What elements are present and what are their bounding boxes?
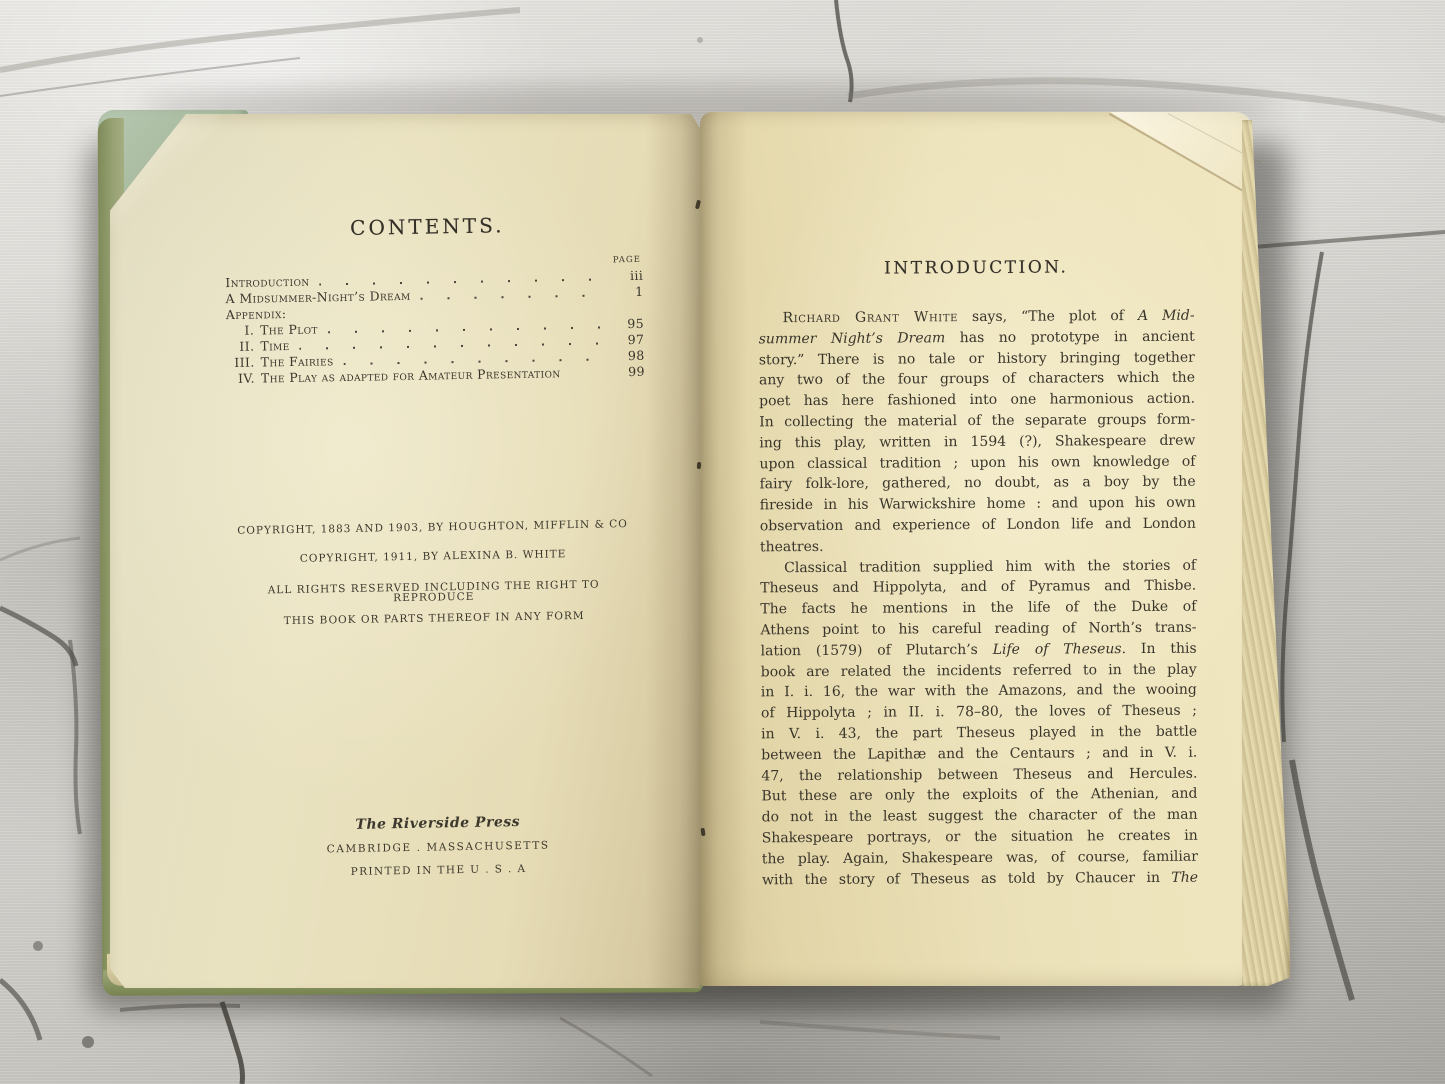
text-line: ing this play, written in 1594 (?), Shak…	[759, 430, 1195, 453]
text-line: observation and experience of London lif…	[760, 514, 1196, 537]
paragraph: Classical tradition supplied him with th…	[760, 555, 1198, 890]
text-line: in V. i. 43, the part Theseus played in …	[761, 722, 1197, 745]
right-page-content: INTRODUCTION. Richard Grant White says, …	[697, 110, 1254, 987]
text-line: summer Night’s Dream has no prototype in…	[759, 326, 1195, 349]
toc-page-number: 95	[616, 316, 644, 332]
text-line: of Hippolyta ; in II. i. 78–80, the love…	[761, 701, 1197, 724]
table-of-contents: IntroductioniiiA Midsummer-Night’s Dream…	[213, 268, 645, 387]
copyright-line: COPYRIGHT, 1883 AND 1903, BY HOUGHTON, M…	[228, 519, 638, 536]
text-line: do not in the least suggest the characte…	[762, 805, 1198, 828]
text-line: story.” There is no tale or history brin…	[759, 347, 1195, 370]
text-line: But these are only the exploits of the A…	[761, 784, 1197, 807]
text-line: Classical tradition supplied him with th…	[760, 555, 1196, 578]
open-book: CONTENTS. PAGE IntroductioniiiA Midsumme…	[0, 0, 1445, 1084]
toc-page-number: 98	[616, 348, 644, 364]
introduction-body: Richard Grant White says, “The plot of A…	[759, 306, 1199, 891]
toc-page-number: iii	[615, 268, 643, 284]
text-line: In collecting the material of the separa…	[759, 410, 1195, 433]
text-line: fireside in his Warwickshire home : and …	[760, 493, 1196, 516]
toc-numeral: I.	[226, 323, 254, 339]
text-line: book are related the incidents referred …	[761, 659, 1197, 682]
contents-title: CONTENTS.	[212, 211, 642, 243]
imprint-printed-in: PRINTED IN THE U . S . A	[234, 861, 644, 880]
left-page-content: CONTENTS. PAGE IntroductioniiiA Midsumme…	[102, 109, 707, 993]
toc-page-number: 1	[615, 284, 643, 300]
copyright-line: COPYRIGHT, 1911, BY ALEXINA B. WHITE	[228, 548, 638, 565]
text-line: in I. i. 16, the war with the Amazons, a…	[761, 680, 1197, 703]
toc-entry-label: A Midsummer-Night’s Dream	[225, 288, 410, 307]
printer-imprint: The Riverside Press CAMBRIDGE . MASSACHU…	[233, 812, 644, 880]
contents-block: CONTENTS. PAGE IntroductioniiiA Midsumme…	[212, 211, 645, 387]
text-line: with the story of Theseus as told by Cha…	[762, 867, 1198, 890]
riverside-press-name: The Riverside Press	[233, 812, 643, 835]
toc-dot-leader	[420, 284, 607, 303]
toc-numeral: II.	[226, 339, 254, 355]
toc-page-number: 99	[617, 364, 645, 380]
right-page: INTRODUCTION. Richard Grant White says, …	[700, 112, 1252, 986]
text-line: 47, the relationship between Theseus and…	[761, 763, 1197, 786]
text-line: upon classical tradition ; upon his own …	[759, 451, 1195, 474]
text-line: fairy folk-lore, gathered, no doubt, as …	[760, 472, 1196, 495]
toc-entry-label: Time	[260, 338, 290, 355]
photo-scene: CONTENTS. PAGE IntroductioniiiA Midsumme…	[0, 0, 1445, 1084]
toc-entry-label: The Fairies	[261, 353, 334, 370]
rights-line: ALL RIGHTS RESERVED INCLUDING THE RIGHT …	[229, 579, 639, 606]
left-page: CONTENTS. PAGE IntroductioniiiA Midsumme…	[110, 114, 700, 988]
toc-page-number: 97	[616, 332, 644, 348]
toc-entry-label: Appendix:	[226, 306, 287, 323]
text-line: theatres.	[760, 534, 1196, 557]
toc-numeral: III.	[227, 355, 255, 371]
imprint-city: CAMBRIDGE . MASSACHUSETTS	[233, 838, 643, 857]
text-line: The facts he mentions in the life of the…	[760, 597, 1196, 620]
toc-numeral: IV.	[227, 371, 255, 387]
text-line: Athens point to his careful reading of N…	[760, 618, 1196, 641]
text-line: any two of the four groups of characters…	[759, 368, 1195, 391]
copyright-block: COPYRIGHT, 1883 AND 1903, BY HOUGHTON, M…	[228, 519, 640, 627]
text-line: the play. Again, Shakespeare was, of cou…	[762, 846, 1198, 869]
text-line: poet has here fashioned into one harmoni…	[759, 389, 1195, 412]
toc-entry-label: The Plot	[260, 321, 318, 338]
text-line: Richard Grant White says, “The plot of A…	[759, 306, 1195, 329]
text-line: Shakespeare portrays, or the situation h…	[762, 826, 1198, 849]
toc-entry-label: Introduction	[225, 274, 310, 291]
introduction-title: INTRODUCTION.	[758, 257, 1194, 280]
binding-stitch	[697, 462, 701, 469]
rights-line: THIS BOOK OR PARTS THEREOF IN ANY FORM	[229, 610, 639, 627]
text-line: Theseus and Hippolyta, and of Pyramus an…	[760, 576, 1196, 599]
text-line: between the Lapithæ and the Centaurs ; a…	[761, 742, 1197, 765]
paragraph: Richard Grant White says, “The plot of A…	[759, 306, 1197, 558]
text-line: lation (1579) of Plutarch’s Life of Thes…	[761, 638, 1197, 661]
